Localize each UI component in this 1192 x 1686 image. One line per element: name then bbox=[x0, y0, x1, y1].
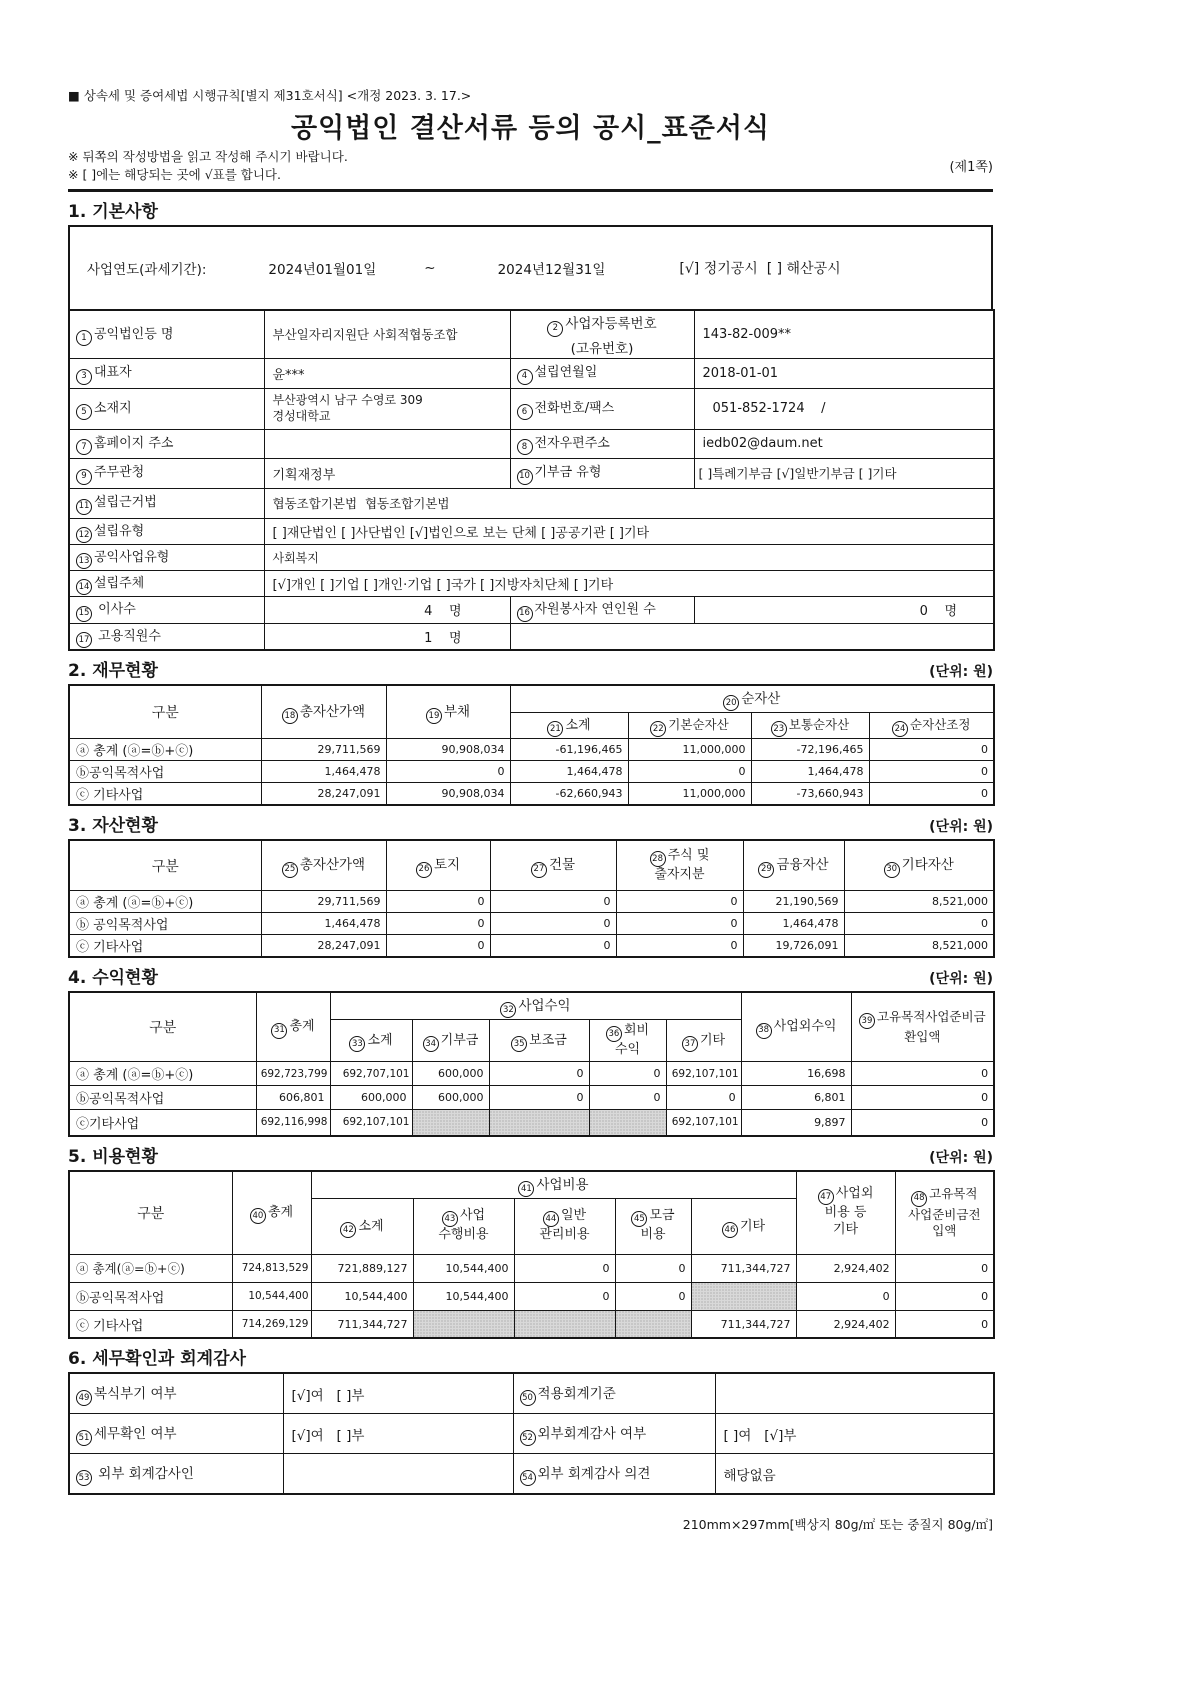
num-cell: 11,000,000 bbox=[628, 739, 751, 761]
num-cell: 1,464,478 bbox=[751, 761, 869, 783]
field-value-accounting-standard bbox=[715, 1373, 994, 1414]
field-label-representative: 3대표자 bbox=[69, 358, 264, 388]
empty-cell bbox=[510, 623, 994, 650]
basic-info-table: 1공익법인등 명 부산일자리지원단 사회적협동조합 2사업자등록번호 (고유번호… bbox=[68, 309, 995, 651]
col-header-reserve-transfer: 48고유목적 사업준비금전 입액 bbox=[895, 1171, 994, 1255]
section-2-title: 2. 재무현황 bbox=[68, 656, 158, 681]
num-cell: 10,544,400 bbox=[413, 1282, 514, 1310]
num-cell: 0 bbox=[489, 1086, 589, 1110]
field-value-email: iedb02@daum.net bbox=[694, 429, 994, 458]
section-2-header: 2. 재무현황 (단위: 원) bbox=[68, 656, 993, 681]
num-cell: 0 bbox=[386, 912, 490, 934]
num-cell: 16,698 bbox=[741, 1062, 851, 1086]
num-cell: 692,107,101 bbox=[330, 1110, 412, 1136]
field-label-phone-fax: 6전화번호/팩스 bbox=[510, 388, 694, 429]
section-1-title: 1. 기본사항 bbox=[68, 197, 158, 222]
field-label-directors-count: 15 이사수 bbox=[69, 597, 264, 623]
field-value-entity-name: 부산일자리지원단 사회적협동조합 bbox=[264, 310, 510, 358]
num-cell: 0 bbox=[514, 1254, 615, 1282]
col-header-non-business-revenue: 38사업외수익 bbox=[741, 992, 851, 1062]
col-header-other-assets: 30기타자산 bbox=[844, 840, 994, 890]
row-label-other-business: ⓒ 기타사업 bbox=[69, 783, 261, 806]
form-header: ■ 상속세 및 증여세법 시행규칙[별지 제31호서식] <개정 2023. 3… bbox=[68, 86, 993, 192]
num-cell: 0 bbox=[844, 912, 994, 934]
num-cell: -73,660,943 bbox=[751, 783, 869, 806]
section-3-header: 3. 자산현황 (단위: 원) bbox=[68, 811, 993, 836]
num-cell: 0 bbox=[490, 890, 616, 912]
num-cell: 0 bbox=[869, 761, 994, 783]
num-cell: 1,464,478 bbox=[261, 761, 386, 783]
shaded-cell bbox=[412, 1110, 489, 1136]
field-value-founder: [√]개인 [ ]기업 [ ]개인·기업 [ ]국가 [ ]지방자치단체 [ ]… bbox=[264, 571, 994, 597]
num-cell: 2,924,402 bbox=[796, 1254, 895, 1282]
num-cell: 8,521,000 bbox=[844, 890, 994, 912]
num-cell: 724,813,529 bbox=[232, 1254, 311, 1282]
num-cell: 0 bbox=[386, 934, 490, 957]
num-cell: 692,707,101 bbox=[330, 1062, 412, 1086]
col-header-gubun: 구분 bbox=[69, 1171, 232, 1255]
field-value-establishment-date: 2018-01-01 bbox=[694, 358, 994, 388]
num-cell: 1,464,478 bbox=[510, 761, 628, 783]
col-header-other-revenue: 37기타 bbox=[666, 1020, 741, 1062]
num-cell: 600,000 bbox=[330, 1086, 412, 1110]
num-cell: 29,711,569 bbox=[261, 739, 386, 761]
page-title: 공익법인 결산서류 등의 공시_표준서식 bbox=[68, 106, 993, 145]
num-cell: 1,464,478 bbox=[261, 912, 386, 934]
field-value-public-service-type: 사회복지 bbox=[264, 544, 994, 570]
col-header-financial-assets: 29금융자산 bbox=[743, 840, 844, 890]
field-label-founding-law: 11설립근거법 bbox=[69, 488, 264, 518]
form-sheet: ■ 상속세 및 증여세법 시행규칙[별지 제31호서식] <개정 2023. 3… bbox=[68, 86, 993, 1533]
row-label-total: ⓐ 총계 (ⓐ=ⓑ+ⓒ) bbox=[69, 739, 261, 761]
field-value-external-auditor bbox=[283, 1454, 513, 1495]
col-header-reserve-reversal: 39고유목적사업준비금 환입액 bbox=[851, 992, 994, 1062]
col-header-grand-total: 40총계 bbox=[232, 1171, 311, 1255]
row-label-total: ⓐ 총계(ⓐ=ⓑ+ⓒ) bbox=[69, 1254, 232, 1282]
field-label-double-entry: 49복식부기 여부 bbox=[69, 1373, 283, 1414]
row-label-public-purpose: ⓑ공익목적사업 bbox=[69, 761, 261, 783]
field-value-employees-count: 1 명 bbox=[264, 623, 510, 650]
section-4-unit: (단위: 원) bbox=[929, 968, 993, 988]
num-cell: 0 bbox=[589, 1086, 666, 1110]
col-header-admin-expense: 44일반 관리비용 bbox=[514, 1198, 615, 1254]
num-cell: 10,544,400 bbox=[232, 1282, 311, 1310]
shaded-cell bbox=[691, 1282, 796, 1310]
field-label-employees-count: 17 고용직원수 bbox=[69, 623, 264, 650]
num-cell: 0 bbox=[851, 1086, 994, 1110]
num-cell: 1,464,478 bbox=[743, 912, 844, 934]
col-header-non-business-expense: 47사업외 비용 등 기타 bbox=[796, 1171, 895, 1255]
col-header-net-assets-adjustment: 24순자산조정 bbox=[869, 713, 994, 739]
field-label-donation-type: 10기부금 유형 bbox=[510, 458, 694, 488]
num-cell: 0 bbox=[489, 1062, 589, 1086]
regulation-note: ■ 상속세 및 증여세법 시행규칙[별지 제31호서식] <개정 2023. 3… bbox=[68, 86, 993, 104]
finance-status-table: 구분 18총자산가액 19부채 20순자산 21소계 22기본순자산 23보통순… bbox=[68, 684, 995, 807]
num-cell: 714,269,129 bbox=[232, 1310, 311, 1338]
field-label-external-audit: 52외부회계감사 여부 bbox=[513, 1414, 715, 1454]
col-header-subtotal: 42소계 bbox=[311, 1198, 413, 1254]
row-label-other-business: ⓒ 기타사업 bbox=[69, 1310, 232, 1338]
col-header-stocks-equity: 28주식 및 출자지분 bbox=[616, 840, 743, 890]
field-value-audit-opinion: 해당없음 bbox=[715, 1454, 994, 1495]
field-label-volunteers-count: 16자원봉사자 연인원 수 bbox=[510, 597, 694, 623]
num-cell: 711,344,727 bbox=[691, 1310, 796, 1338]
field-value-representative: 윤*** bbox=[264, 358, 510, 388]
revenue-status-table: 구분 31총계 32사업수익 38사업외수익 39고유목적사업준비금 환입액 3… bbox=[68, 991, 995, 1137]
col-header-building: 27건물 bbox=[490, 840, 616, 890]
num-cell: 0 bbox=[628, 761, 751, 783]
section-4-header: 4. 수익현황 (단위: 원) bbox=[68, 963, 993, 988]
row-label-total: ⓐ 총계 (ⓐ=ⓑ+ⓒ) bbox=[69, 890, 261, 912]
col-header-fundraising-expense: 45모금 비용 bbox=[615, 1198, 691, 1254]
section-5-header: 5. 비용현황 (단위: 원) bbox=[68, 1142, 993, 1167]
num-cell: 0 bbox=[895, 1282, 994, 1310]
shaded-cell bbox=[514, 1310, 615, 1338]
field-value-business-reg-no: 143-82-009** bbox=[694, 310, 994, 358]
num-cell: 10,544,400 bbox=[413, 1254, 514, 1282]
num-cell: 711,344,727 bbox=[311, 1310, 413, 1338]
col-header-business-revenue-group: 32사업수익 bbox=[330, 992, 741, 1020]
business-year-table: 사업연도(과세기간): 2024년01월01일 ~ 2024년12월31일 [√… bbox=[68, 225, 993, 309]
num-cell: 600,000 bbox=[412, 1062, 489, 1086]
asset-status-table: 구분 25총자산가액 26토지 27건물 28주식 및 출자지분 29금융자산 … bbox=[68, 839, 995, 958]
num-cell: 0 bbox=[490, 912, 616, 934]
section-3-unit: (단위: 원) bbox=[929, 816, 993, 836]
field-value-address: 부산광역시 남구 수영로 309 경성대학교 bbox=[264, 388, 510, 429]
num-cell: 692,107,101 bbox=[666, 1062, 741, 1086]
field-value-tax-confirmation: [√]여 [ ]부 bbox=[283, 1414, 513, 1454]
num-cell: 0 bbox=[615, 1254, 691, 1282]
num-cell: 90,908,034 bbox=[386, 783, 510, 806]
section-6-title: 6. 세무확인과 회계감사 bbox=[68, 1344, 246, 1369]
field-label-address: 5소재지 bbox=[69, 388, 264, 429]
num-cell: 711,344,727 bbox=[691, 1254, 796, 1282]
num-cell: 721,889,127 bbox=[311, 1254, 413, 1282]
period-tilde: ~ bbox=[424, 260, 435, 276]
row-label-public-purpose: ⓑ공익목적사업 bbox=[69, 1282, 232, 1310]
section-2-unit: (단위: 원) bbox=[929, 661, 993, 681]
field-value-double-entry: [√]여 [ ]부 bbox=[283, 1373, 513, 1414]
col-header-subtotal: 33소계 bbox=[330, 1020, 412, 1062]
field-value-volunteers-count: 0 명 bbox=[694, 597, 994, 623]
num-cell: 0 bbox=[851, 1062, 994, 1086]
col-header-grand-total: 31총계 bbox=[256, 992, 330, 1062]
col-header-business-expense-group: 41사업비용 bbox=[311, 1171, 796, 1199]
row-label-total: ⓐ 총계 (ⓐ=ⓑ+ⓒ) bbox=[69, 1062, 256, 1086]
field-value-founding-law: 협동조합기본법 협동조합기본법 bbox=[264, 488, 994, 518]
section-3-title: 3. 자산현황 bbox=[68, 811, 158, 836]
instruction-line-2: ※ [ ]에는 해당되는 곳에 √표를 합니다. bbox=[68, 166, 993, 184]
num-cell: 0 bbox=[386, 890, 490, 912]
num-cell: 2,924,402 bbox=[796, 1310, 895, 1338]
num-cell: 0 bbox=[616, 912, 743, 934]
col-header-gubun: 구분 bbox=[69, 840, 261, 890]
paper-spec-note: 210mm×297mm[백상지 80g/㎡ 또는 중질지 80g/㎡] bbox=[68, 1515, 993, 1533]
col-header-gubun: 구분 bbox=[69, 685, 261, 739]
col-header-program-expense: 43사업 수행비용 bbox=[413, 1198, 514, 1254]
num-cell: 90,908,034 bbox=[386, 739, 510, 761]
field-value-authority: 기획재정부 bbox=[264, 458, 510, 488]
section-5-unit: (단위: 원) bbox=[929, 1147, 993, 1167]
field-label-email: 8전자우편주소 bbox=[510, 429, 694, 458]
field-label-accounting-standard: 50적용회계기준 bbox=[513, 1373, 715, 1414]
disclosure-type-checkboxes: [√] 정기공시 [ ] 해산공시 bbox=[679, 258, 840, 278]
num-cell: -62,660,943 bbox=[510, 783, 628, 806]
num-cell: 600,000 bbox=[412, 1086, 489, 1110]
num-cell: 0 bbox=[616, 934, 743, 957]
field-label-public-service-type: 13공익사업유형 bbox=[69, 544, 264, 570]
num-cell: 8,521,000 bbox=[844, 934, 994, 957]
num-cell: 0 bbox=[869, 783, 994, 806]
num-cell: 9,897 bbox=[741, 1110, 851, 1136]
col-header-donations: 34기부금 bbox=[412, 1020, 489, 1062]
num-cell: 0 bbox=[616, 890, 743, 912]
page-number-marker: (제1쪽) bbox=[949, 156, 993, 175]
num-cell: 21,190,569 bbox=[743, 890, 844, 912]
field-value-donation-type: [ ]특례기부금 [√]일반기부금 [ ]기타 bbox=[694, 458, 994, 488]
col-header-land: 26토지 bbox=[386, 840, 490, 890]
section-5-title: 5. 비용현황 bbox=[68, 1142, 158, 1167]
num-cell: 11,000,000 bbox=[628, 783, 751, 806]
row-label-public-purpose: ⓑ 공익목적사업 bbox=[69, 912, 261, 934]
row-label-other-business: ⓒ기타사업 bbox=[69, 1110, 256, 1136]
num-cell: 28,247,091 bbox=[261, 783, 386, 806]
field-label-establishment-date: 4설립연월일 bbox=[510, 358, 694, 388]
num-cell: 0 bbox=[666, 1086, 741, 1110]
num-cell: 692,116,998 bbox=[256, 1110, 330, 1136]
num-cell: 6,801 bbox=[741, 1086, 851, 1110]
shaded-cell bbox=[489, 1110, 589, 1136]
num-cell: 0 bbox=[514, 1282, 615, 1310]
num-cell: -72,196,465 bbox=[751, 739, 869, 761]
num-cell: 0 bbox=[490, 934, 616, 957]
field-label-tax-confirmation: 51세무확인 여부 bbox=[69, 1414, 283, 1454]
num-cell: 0 bbox=[895, 1310, 994, 1338]
col-header-total-assets: 25총자산가액 bbox=[261, 840, 386, 890]
field-label-external-auditor: 53 외부 회계감사인 bbox=[69, 1454, 283, 1495]
shaded-cell bbox=[589, 1110, 666, 1136]
num-cell: 0 bbox=[869, 739, 994, 761]
section-6-header: 6. 세무확인과 회계감사 bbox=[68, 1344, 993, 1369]
col-header-subsidies: 35보조금 bbox=[489, 1020, 589, 1062]
col-header-other-expense: 46기타 bbox=[691, 1198, 796, 1254]
field-label-homepage: 7홈페이지 주소 bbox=[69, 429, 264, 458]
section-1-header: 1. 기본사항 bbox=[68, 197, 993, 222]
business-year-label: 사업연도(과세기간): bbox=[87, 258, 206, 278]
col-header-net-subtotal: 21소계 bbox=[510, 713, 628, 739]
field-value-directors-count: 4 명 bbox=[264, 597, 510, 623]
period-end: 2024년12월31일 bbox=[498, 258, 606, 278]
num-cell: 10,544,400 bbox=[311, 1282, 413, 1310]
col-header-total-assets: 18총자산가액 bbox=[261, 685, 386, 739]
field-label-authority: 9주무관청 bbox=[69, 458, 264, 488]
field-label-establishment-type: 12설립유형 bbox=[69, 518, 264, 544]
num-cell: 692,107,101 bbox=[666, 1110, 741, 1136]
field-value-phone-fax: 051-852-1724 / bbox=[694, 388, 994, 429]
row-label-public-purpose: ⓑ공익목적사업 bbox=[69, 1086, 256, 1110]
shaded-cell bbox=[413, 1310, 514, 1338]
field-label-audit-opinion: 54외부 회계감사 의견 bbox=[513, 1454, 715, 1495]
num-cell: -61,196,465 bbox=[510, 739, 628, 761]
field-value-external-audit: [ ]여 [√]부 bbox=[715, 1414, 994, 1454]
col-header-membership-fees: 36회비 수익 bbox=[589, 1020, 666, 1062]
num-cell: 28,247,091 bbox=[261, 934, 386, 957]
row-label-other-business: ⓒ 기타사업 bbox=[69, 934, 261, 957]
period-start: 2024년01월01일 bbox=[268, 258, 376, 278]
col-header-basic-net-assets: 22기본순자산 bbox=[628, 713, 751, 739]
num-cell: 0 bbox=[386, 761, 510, 783]
section-4-title: 4. 수익현황 bbox=[68, 963, 158, 988]
col-header-net-assets-group: 20순자산 bbox=[510, 685, 994, 713]
shaded-cell bbox=[615, 1310, 691, 1338]
num-cell: 0 bbox=[589, 1062, 666, 1086]
num-cell: 0 bbox=[895, 1254, 994, 1282]
expense-status-table: 구분 40총계 41사업비용 47사업외 비용 등 기타 48고유목적 사업준비… bbox=[68, 1170, 995, 1340]
num-cell: 0 bbox=[615, 1282, 691, 1310]
num-cell: 19,726,091 bbox=[743, 934, 844, 957]
field-label-business-reg-no: 2사업자등록번호 (고유번호) bbox=[510, 310, 694, 358]
field-value-establishment-type: [ ]재단법인 [ ]사단법인 [√]법인으로 보는 단체 [ ]공공기관 [ … bbox=[264, 518, 994, 544]
field-label-founder: 14설립주체 bbox=[69, 571, 264, 597]
audit-table: 49복식부기 여부 [√]여 [ ]부 50적용회계기준 51세무확인 여부 [… bbox=[68, 1372, 995, 1495]
col-header-gubun: 구분 bbox=[69, 992, 256, 1062]
num-cell: 0 bbox=[796, 1282, 895, 1310]
num-cell: 0 bbox=[851, 1110, 994, 1136]
field-label-entity-name: 1공익법인등 명 bbox=[69, 310, 264, 358]
col-header-liabilities: 19부채 bbox=[386, 685, 510, 739]
instruction-line-1: ※ 뒤쪽의 작성방법을 읽고 작성해 주시기 바랍니다. bbox=[68, 148, 993, 166]
num-cell: 692,723,799 bbox=[256, 1062, 330, 1086]
num-cell: 29,711,569 bbox=[261, 890, 386, 912]
num-cell: 606,801 bbox=[256, 1086, 330, 1110]
col-header-ordinary-net-assets: 23보통순자산 bbox=[751, 713, 869, 739]
field-value-homepage bbox=[264, 429, 510, 458]
